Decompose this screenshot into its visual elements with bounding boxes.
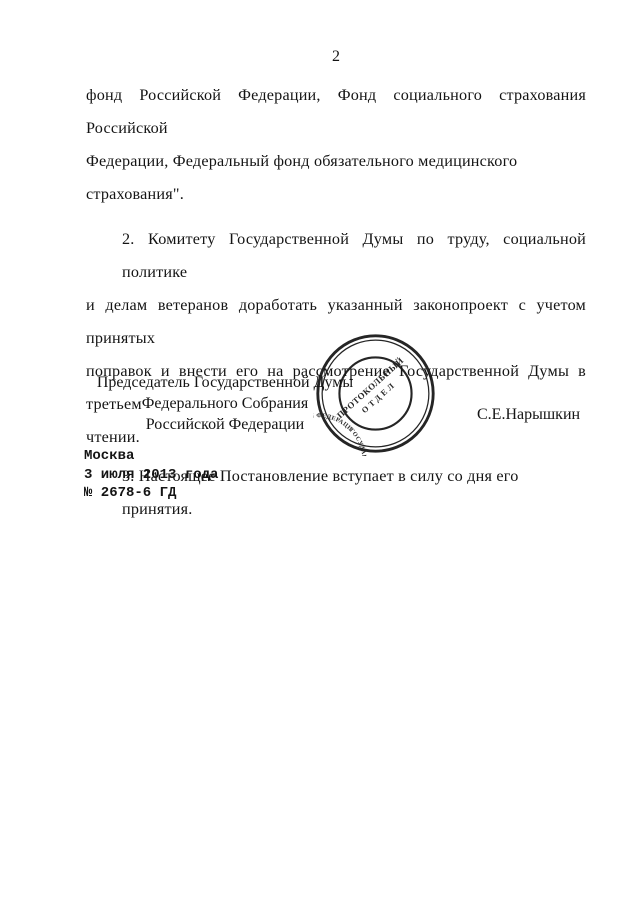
- issuance-number: № 2678-6 ГД: [84, 484, 218, 503]
- issuance-date: 3 июля 2013 года: [84, 466, 218, 485]
- paragraph-continuation: фонд Российской Федерации, Фонд социальн…: [86, 79, 586, 211]
- page-number: 2: [86, 48, 586, 66]
- protocol-department-stamp-icon: ГОСУДАРСТВЕННОЙ ДУМЫ ФЕДЕРАЛЬНОГО СОБРАН…: [313, 331, 438, 456]
- issuance-city: Москва: [84, 447, 218, 466]
- issuance-block: Москва 3 июля 2013 года № 2678-6 ГД: [84, 447, 218, 503]
- body-line: Федерации, Федеральный фонд обязательног…: [86, 145, 586, 211]
- body-line: 2. Комитету Государственной Думы по труд…: [86, 223, 586, 289]
- document-page: 2 фонд Российской Федерации, Фонд социал…: [0, 0, 640, 905]
- signee-name: С.Е.Нарышкин: [477, 406, 580, 424]
- body-line: фонд Российской Федерации, Фонд социальн…: [86, 79, 586, 145]
